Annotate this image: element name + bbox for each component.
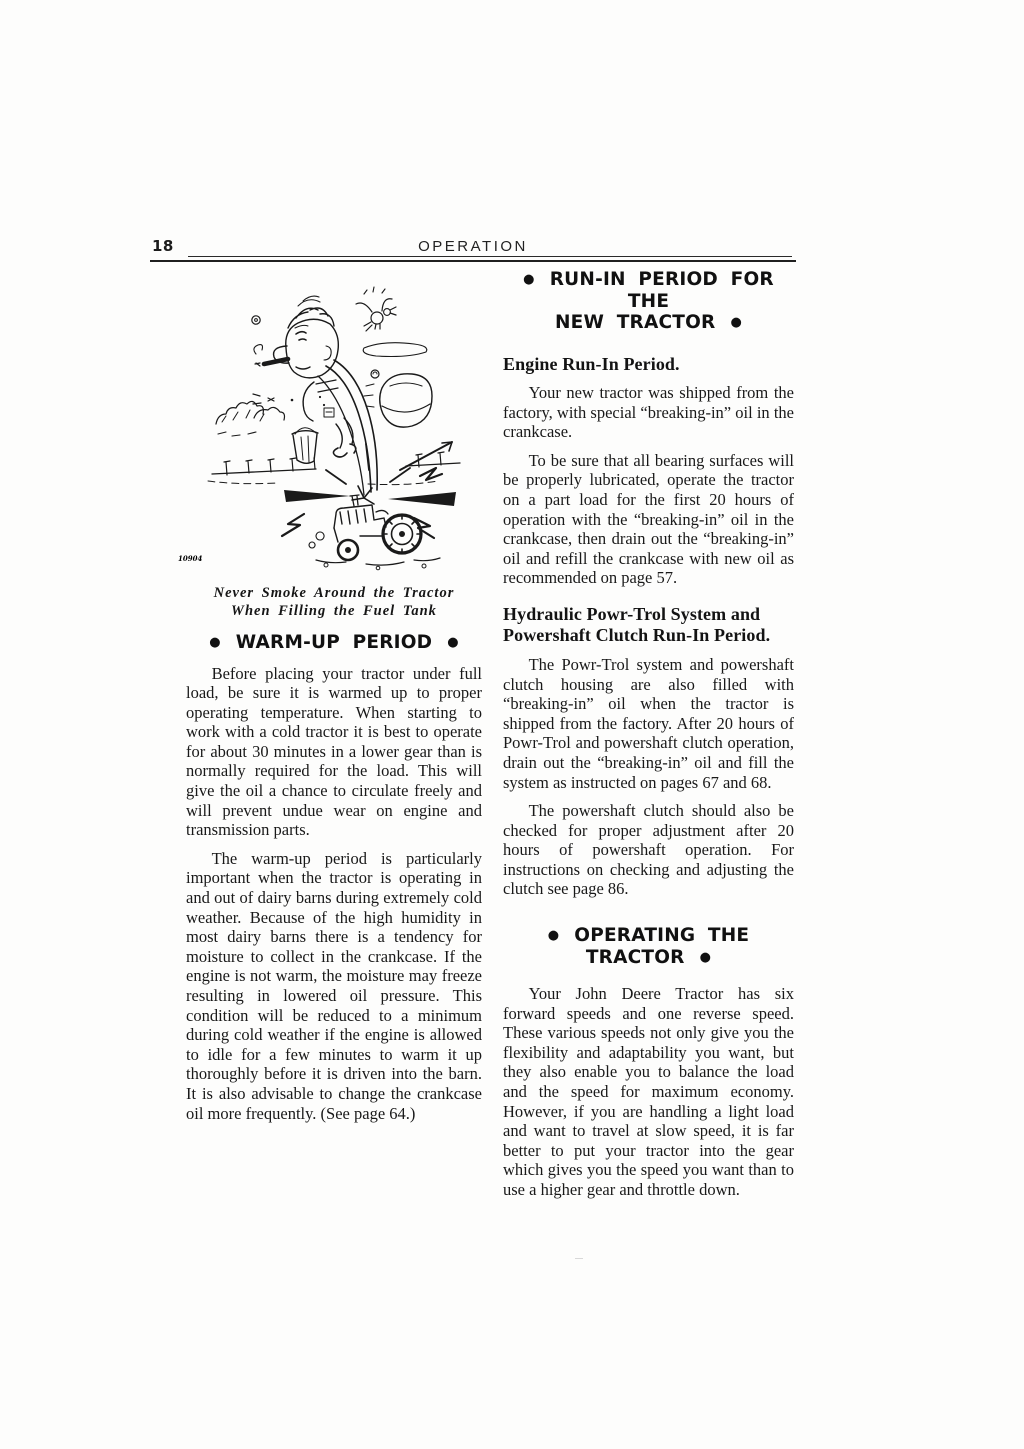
illustration-caption: Never Smoke Around the Tractor When Fill…	[186, 585, 482, 620]
engine-runin-subheading: Engine Run-In Period.	[503, 354, 794, 376]
no-smoking-cartoon-illustration: 10904	[168, 284, 502, 578]
header-rule-thin	[188, 256, 792, 257]
engine-paragraph: To be sure that all bearing surfaces wil…	[503, 451, 794, 588]
page-header: 18 OPERATION	[150, 236, 796, 264]
hydraulic-paragraph: The powershaft clutch should also be che…	[503, 801, 794, 899]
right-column: ●RUN-IN PERIOD FOR THE NEW TRACTOR● Engi…	[503, 269, 794, 1200]
scan-artifact	[575, 1258, 583, 1259]
operating-heading-line-2: TRACTOR●	[503, 947, 794, 969]
bullet-icon: ●	[730, 315, 742, 330]
page-title: OPERATION	[150, 238, 796, 255]
caption-line-1: Never Smoke Around the Tractor	[186, 585, 482, 603]
operating-heading-line-1: ●OPERATING THE	[503, 925, 794, 947]
bullet-icon: ●	[209, 635, 221, 650]
runin-heading-text-1: RUN-IN PERIOD FOR THE	[550, 269, 774, 312]
runin-heading-line-2: NEW TRACTOR●	[503, 312, 794, 334]
warmup-heading-text: WARM-UP PERIOD	[236, 632, 432, 653]
bullet-icon: ●	[548, 928, 560, 943]
hydraulic-paragraph: The Powr-Trol system and powershaft clut…	[503, 655, 794, 792]
manual-page: 18 OPERATION	[0, 0, 1024, 1449]
bullet-icon: ●	[700, 950, 712, 965]
runin-heading: ●RUN-IN PERIOD FOR THE NEW TRACTOR●	[503, 269, 794, 334]
header-rule-thick	[150, 260, 796, 262]
operating-paragraph: Your John Deere Tractor has six forward …	[503, 984, 794, 1200]
warmup-heading: ●WARM-UP PERIOD●	[186, 632, 482, 654]
runin-heading-text-2: NEW TRACTOR	[555, 312, 716, 333]
runin-heading-line-1: ●RUN-IN PERIOD FOR THE	[503, 269, 794, 312]
bullet-icon: ●	[523, 272, 535, 287]
cartoon-drawing: 10904	[168, 284, 502, 578]
engine-paragraph: Your new tractor was shipped from the fa…	[503, 383, 794, 442]
left-column: Never Smoke Around the Tractor When Fill…	[186, 585, 482, 1123]
operating-heading-text-2: TRACTOR	[586, 947, 685, 968]
operating-heading-text-1: OPERATING THE	[574, 925, 749, 946]
caption-line-2: When Filling the Fuel Tank	[186, 603, 482, 621]
warmup-paragraph: The warm-up period is particularly impor…	[186, 849, 482, 1123]
warmup-paragraph: Before placing your tractor under full l…	[186, 664, 482, 840]
bullet-icon: ●	[447, 635, 459, 650]
operating-heading: ●OPERATING THE TRACTOR●	[503, 925, 794, 968]
figure-number: 10904	[178, 554, 202, 563]
hydraulic-subheading: Hydraulic Powr-Trol System and Powershaf…	[503, 604, 794, 647]
